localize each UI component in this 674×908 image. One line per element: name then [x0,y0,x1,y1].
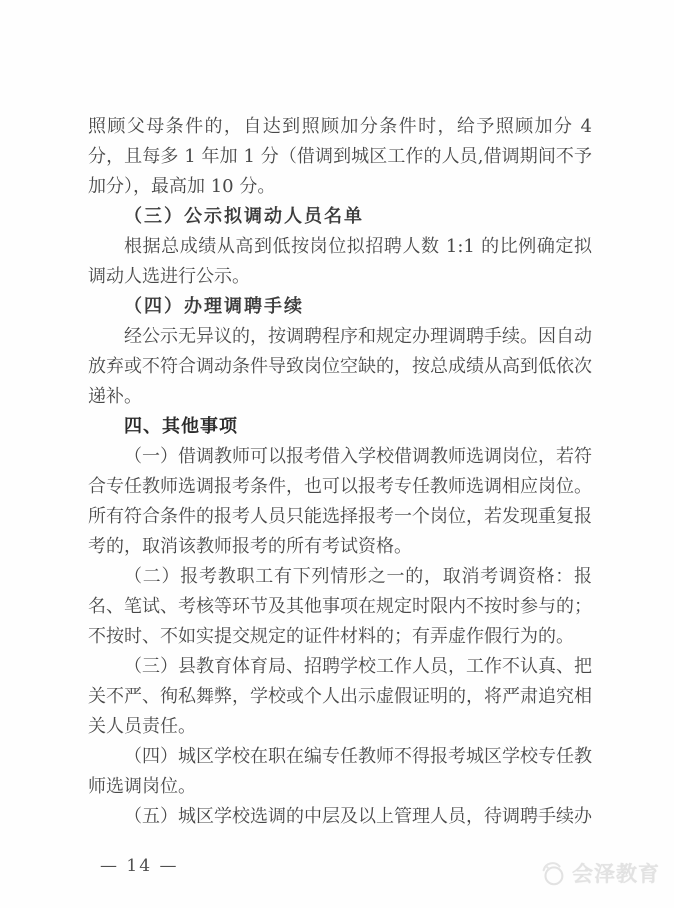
paragraph-item-2: （二）报考教职工有下列情形之一的，取消考调资格：报名、笔试、考核等环节及其他事项… [88,562,592,652]
paragraph-publicize-ratio: 根据总成绩从高到低按岗位拟招聘人数 1:1 的比例确定拟调动人选进行公示。 [88,232,592,292]
paragraph-item-4: （四）城区学校在职在编专任教师不得报考城区学校专任教师选调岗位。 [88,742,592,802]
publisher-watermark-label: 会泽教育 [572,858,660,888]
huize-education-logo-icon [538,858,568,888]
heading-other-matters: 四、其他事项 [88,412,592,442]
paragraph-item-3: （三）县教育体育局、招聘学校工作人员，工作不认真、把关不严、徇私舞弊，学校或个人… [88,652,592,742]
document-body: 照顾父母条件的，自达到照顾加分条件时，给予照顾加分 4 分，且每多 1 年加 1… [88,112,592,832]
subheading-publicize-candidate-list: （三）公示拟调动人员名单 [88,202,592,232]
publisher-watermark: 会泽教育 [538,858,660,888]
paragraph-item-5: （五）城区学校选调的中层及以上管理人员，待调聘手续办 [88,802,592,832]
subheading-transfer-procedures: （四）办理调聘手续 [88,292,592,322]
paragraph-transfer-procedures-detail: 经公示无异议的，按调聘程序和规定办理调聘手续。因自动放弃或不符合调动条件导致岗位… [88,322,592,412]
document-page: 照顾父母条件的，自达到照顾加分条件时，给予照顾加分 4 分，且每多 1 年加 1… [0,0,674,908]
paragraph-bonus-points: 照顾父母条件的，自达到照顾加分条件时，给予照顾加分 4 分，且每多 1 年加 1… [88,112,592,202]
paragraph-item-1: （一）借调教师可以报考借入学校借调教师选调岗位，若符合专任教师选调报考条件，也可… [88,442,592,562]
page-number: — 14 — [100,856,178,876]
